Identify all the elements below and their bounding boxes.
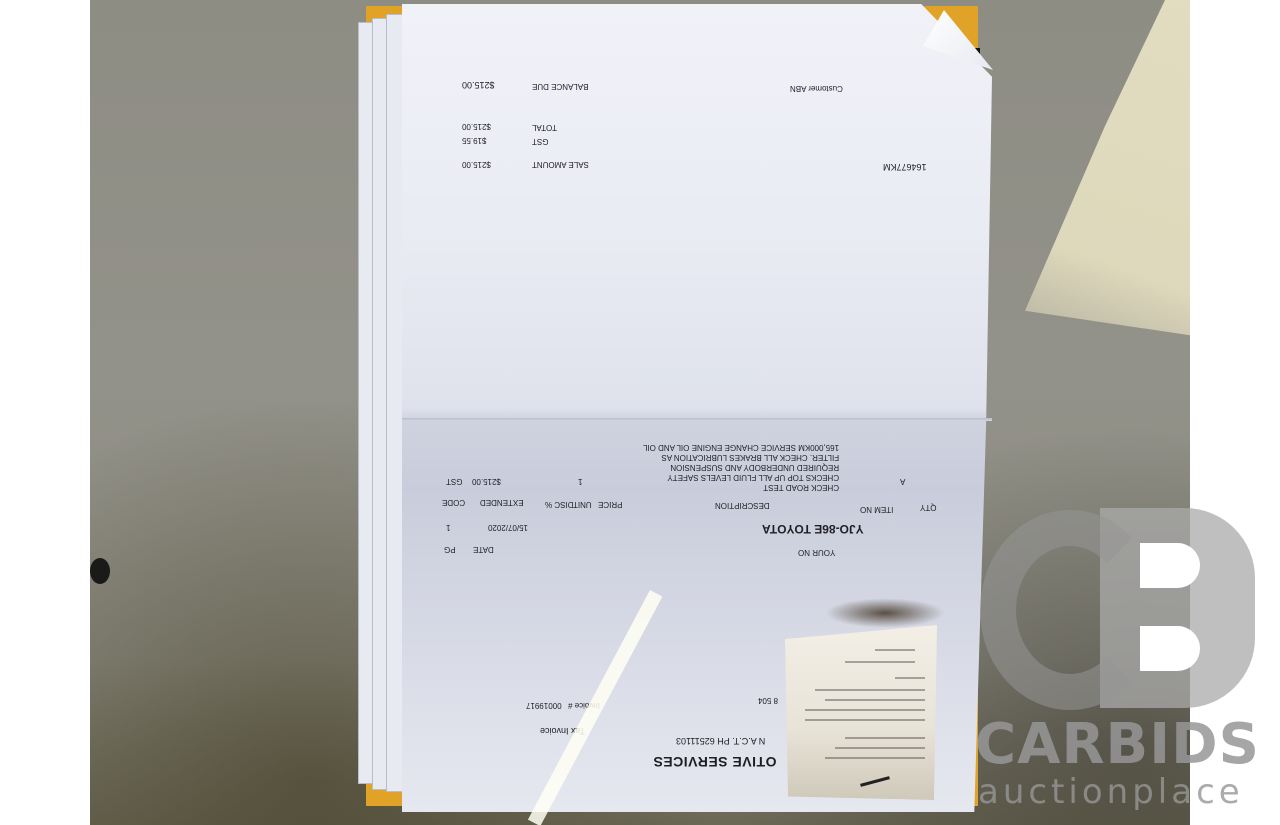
total-value: $215.00	[462, 122, 491, 131]
unit-value: 1	[578, 477, 582, 486]
description-line: FILTER. CHECK ALL BRAKES LUBRICATION AS	[643, 452, 839, 462]
sale-amount-label: SALE AMOUNT	[532, 160, 589, 169]
receipt-text-line	[835, 747, 925, 749]
balance-due-value: $215.00	[462, 80, 495, 90]
balance-due-label: BALANCE DUE	[532, 82, 588, 91]
service-description: CHECK ROAD TEST CHECKS TOP UP ALL FLUID …	[643, 442, 839, 492]
paper-receipt	[785, 625, 937, 800]
receipt-text-line	[845, 737, 925, 739]
receipt-pen-mark	[860, 776, 890, 787]
photo-background: Customer ABN BALANCE DUE $215.00 TOTAL $…	[90, 0, 1190, 825]
total-label: TOTAL	[532, 123, 557, 132]
gst-label: GST	[532, 137, 548, 146]
col-item-no: ITEM NO	[860, 505, 893, 514]
description-line: CHECKS TOP UP ALL FLUID LEVELS SAFETY	[643, 472, 839, 482]
page-label: PG	[444, 545, 456, 554]
receipt-text-line	[805, 709, 925, 711]
date-label: DATE	[473, 545, 494, 554]
receipt-text-line	[805, 719, 925, 721]
receipt-text-line	[895, 677, 925, 679]
receipt-text-line	[875, 649, 915, 651]
header-code: 8 504	[758, 696, 778, 705]
col-code: CODE	[442, 498, 465, 507]
vehicle-name: YJO-86E TOYOTA	[762, 522, 864, 536]
col-price: PRICE	[598, 500, 622, 509]
extended-value: $215.00	[472, 477, 501, 486]
company-address: N A.C.T. PH 62511103	[676, 736, 765, 746]
page-number: 1	[446, 523, 450, 532]
customer-abn-label: Customer ABN	[790, 84, 843, 93]
receipt-text-line	[825, 699, 925, 701]
invoice-number: 00019917	[526, 701, 562, 710]
invoice-date: 15/07/2020	[488, 523, 528, 532]
floor-hole	[90, 558, 110, 584]
col-qty: QTY	[920, 503, 936, 512]
sunlight-patch	[995, 0, 1190, 420]
description-line: 165,000KM SERVICE CHANGE ENGINE OIL AND …	[643, 442, 839, 452]
description-line: REQUIRED UNDERBODY AND SUSPENSION	[643, 462, 839, 472]
gst-value: $19.55	[462, 136, 486, 145]
receipt-text-line	[825, 757, 925, 759]
your-no-label: YOUR NO	[798, 548, 835, 557]
company-name: OTIVE SERVICES	[653, 754, 776, 770]
code-value: GST	[446, 477, 462, 486]
col-description: DESCRIPTION	[715, 501, 770, 510]
odometer-reading: 164677KM	[883, 162, 927, 172]
receipt-shadow	[825, 598, 945, 628]
description-line: CHECK ROAD TEST	[643, 482, 839, 492]
col-disc: DISC %	[545, 500, 573, 509]
col-extended: EXTENDED	[480, 498, 524, 507]
page-fold	[402, 418, 992, 421]
col-unit: UNIT	[573, 500, 592, 509]
qty-marker: A	[900, 477, 905, 486]
receipt-text-line	[845, 661, 915, 663]
receipt-text-line	[815, 689, 925, 691]
sale-amount-value: $215.00	[462, 160, 491, 169]
